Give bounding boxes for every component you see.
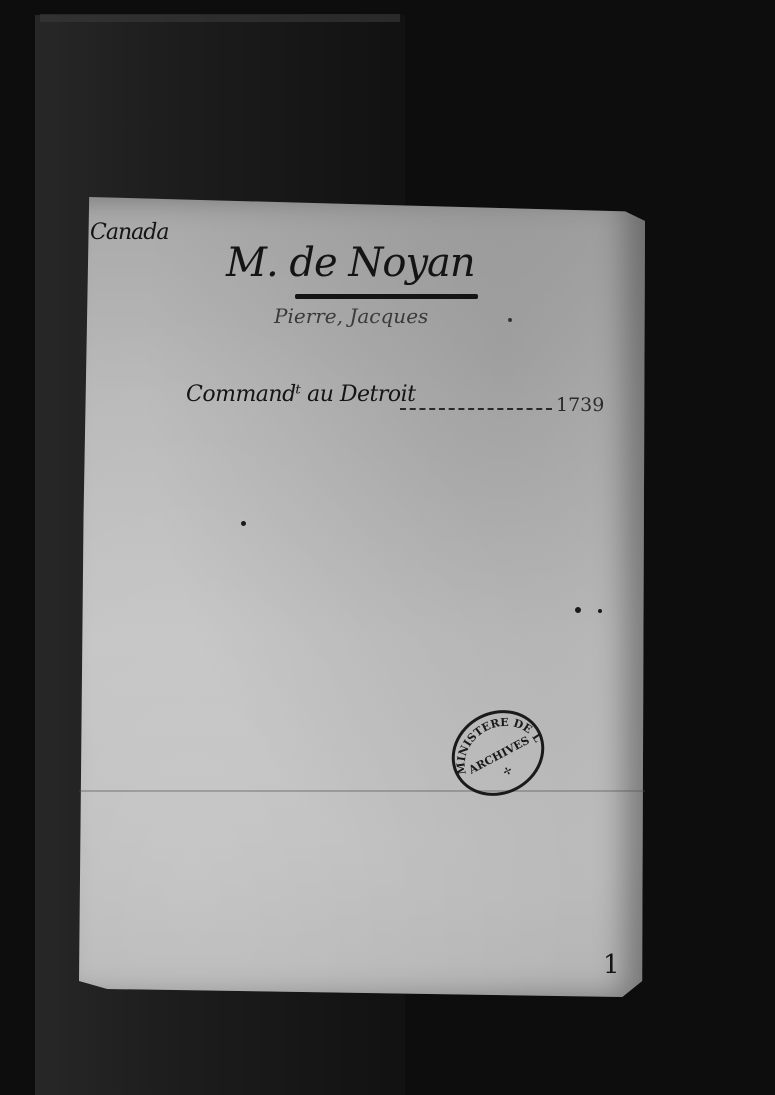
- paper-speck: [575, 607, 581, 613]
- paper-speck: [598, 609, 602, 613]
- name-underline: [295, 294, 478, 299]
- region-label: Canada: [90, 220, 168, 245]
- folio-number: 1: [603, 950, 620, 980]
- role-title: Commandᵗ au Detroit: [186, 382, 416, 407]
- svg-text:✢: ✢: [502, 765, 515, 779]
- paper-speck: [508, 318, 512, 322]
- backing-edge: [40, 14, 400, 22]
- date-year: 1739: [556, 394, 604, 416]
- person-name: M. de Noyan: [226, 240, 475, 286]
- paper-speck: [241, 521, 246, 526]
- page-fold-line: [79, 790, 645, 792]
- leader-dashes: [400, 408, 552, 410]
- given-names: Pierre, Jacques: [274, 304, 428, 328]
